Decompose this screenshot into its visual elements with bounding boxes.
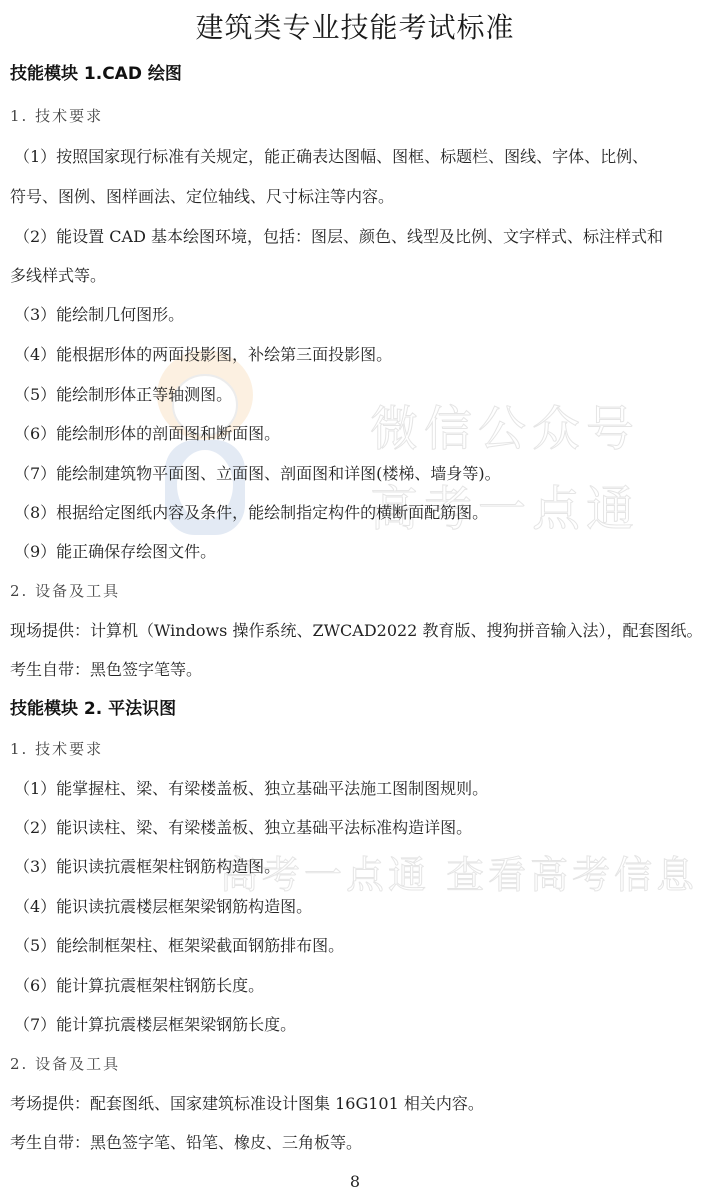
module-2-item-3: （3）能识读抗震框架柱钢筋构造图。	[14, 857, 280, 877]
module-1-item-2-cont: 多线样式等。	[10, 266, 106, 286]
module-1-item-9: （9）能正确保存绘图文件。	[14, 542, 216, 562]
module-1-item-2: （2）能设置 CAD 基本绘图环境，包括：图层、颜色、线型及比例、文字样式、标注…	[14, 227, 663, 247]
module-1-item-1-cont: 符号、图例、图样画法、定位轴线、尺寸标注等内容。	[10, 187, 394, 207]
module-2-provided: 考场提供：配套图纸、国家建筑标准设计图集 16G101 相关内容。	[10, 1094, 484, 1114]
module-2-item-6: （6）能计算抗震框架柱钢筋长度。	[14, 976, 264, 996]
module-2-heading: 技能模块 2. 平法识图	[10, 699, 176, 719]
module-2-item-5: （5）能绘制框架柱、框架梁截面钢筋排布图。	[14, 936, 344, 956]
module-2-equipment-heading: 2. 设备及工具	[10, 1054, 120, 1074]
module-1-item-7: （7）能绘制建筑物平面图、立面图、剖面图和详图(楼梯、墙身等)。	[14, 464, 501, 484]
watermark-text-3: 高考一点通 查看高考信息	[220, 844, 698, 899]
watermark-text-1: 微信公众号	[370, 390, 640, 459]
page-number: 8	[0, 1172, 710, 1191]
module-1-provided: 现场提供：计算机（Windows 操作系统、ZWCAD2022 教育版、搜狗拼音…	[10, 621, 702, 641]
module-1-tech-req-heading: 1. 技术要求	[10, 106, 103, 126]
module-1-item-8: （8）根据给定图纸内容及条件，能绘制指定构件的横断面配筋图。	[14, 503, 488, 523]
module-2-item-4: （4）能识读抗震楼层框架梁钢筋构造图。	[14, 897, 312, 917]
module-2-item-2: （2）能识读柱、梁、有梁楼盖板、独立基础平法标准构造详图。	[14, 818, 472, 838]
module-1-bring: 考生自带：黑色签字笔等。	[10, 660, 202, 680]
module-1-item-3: （3）能绘制几何图形。	[14, 305, 184, 325]
module-2-bring: 考生自带：黑色签字笔、铅笔、橡皮、三角板等。	[10, 1133, 362, 1153]
module-1-item-4: （4）能根据形体的两面投影图，补绘第三面投影图。	[14, 345, 392, 365]
module-1-equipment-heading: 2. 设备及工具	[10, 581, 120, 601]
module-2-item-7: （7）能计算抗震楼层框架梁钢筋长度。	[14, 1015, 296, 1035]
module-2-tech-req-heading: 1. 技术要求	[10, 739, 103, 759]
module-1-item-6: （6）能绘制形体的剖面图和断面图。	[14, 424, 280, 444]
document-page: 微信公众号 高考一点通 高考一点通 查看高考信息 建筑类专业技能考试标准 技能模…	[0, 0, 710, 1200]
module-2-item-1: （1）能掌握柱、梁、有梁楼盖板、独立基础平法施工图制图规则。	[14, 779, 488, 799]
module-1-item-5: （5）能绘制形体正等轴测图。	[14, 385, 232, 405]
module-1-item-1: （1）按照国家现行标准有关规定，能正确表达图幅、图框、标题栏、图线、字体、比例、	[14, 147, 648, 167]
module-1-heading: 技能模块 1.CAD 绘图	[10, 64, 182, 84]
document-title: 建筑类专业技能考试标准	[0, 10, 710, 46]
